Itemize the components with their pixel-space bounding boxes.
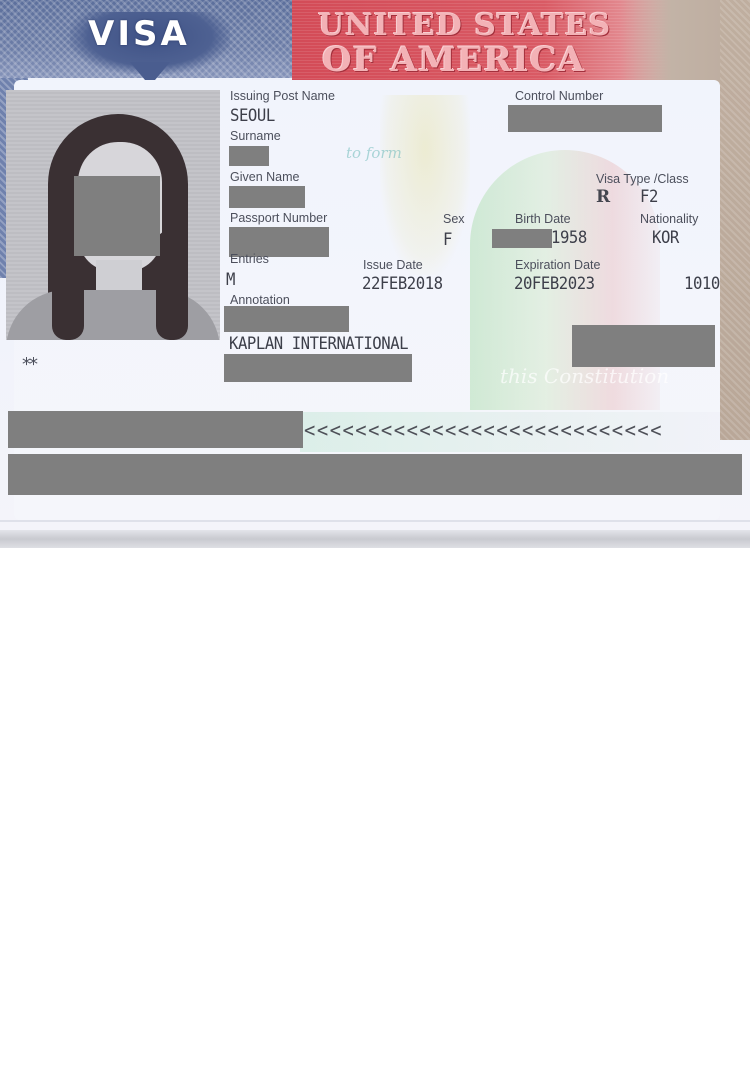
visa-class-value: F2 <box>640 187 658 207</box>
surname-redaction <box>229 146 269 166</box>
given-name-label: Given Name <box>230 170 299 184</box>
mrz-line1-filler: <<<<<<<<<<<<<<<<<<<<<<<<<<<< <box>304 418 663 442</box>
security-pattern-strip-right <box>720 0 750 440</box>
issuing-post-value: SEOUL <box>230 106 275 126</box>
sex-label: Sex <box>443 212 465 226</box>
face-redaction <box>74 176 160 256</box>
birth-date-label: Birth Date <box>515 212 571 226</box>
annotation-line3-redaction <box>224 354 412 382</box>
holder-photo <box>6 90 220 340</box>
control-number-redaction <box>508 105 662 132</box>
annotation-line2-value: KAPLAN INTERNATIONAL <box>229 334 408 354</box>
code-value: 1010 <box>684 274 720 294</box>
expiration-date-value: 20FEB2023 <box>514 274 595 294</box>
stars-mark: ** <box>22 354 36 375</box>
annotation-right-redaction <box>572 325 715 367</box>
country-name-line2: OF AMERICA <box>322 40 585 80</box>
entries-label: Entries <box>230 252 269 266</box>
mrz-line2-redaction <box>8 454 742 495</box>
birth-year-value: 1958 <box>551 228 587 248</box>
control-number-label: Control Number <box>515 89 603 103</box>
sex-value: F <box>443 230 452 250</box>
header-blue-band: VISA <box>0 0 292 78</box>
surname-label: Surname <box>230 129 281 143</box>
birth-date-redaction <box>492 229 552 248</box>
issue-date-value: 22FEB2018 <box>362 274 443 294</box>
visa-document: VISA UNITED STATES OF AMERICA to form th… <box>0 0 750 548</box>
passport-number-label: Passport Number <box>230 211 327 225</box>
mrz-line1-redaction <box>8 411 303 448</box>
watermark-text-to-form: to form <box>346 144 402 162</box>
annotation-line1-redaction <box>224 306 349 332</box>
card-bottom-edge <box>0 530 750 548</box>
country-name-line1: UNITED STATES <box>318 8 611 43</box>
statue-watermark <box>380 95 470 275</box>
visa-type-value: R <box>596 187 610 207</box>
given-name-redaction <box>229 186 305 208</box>
visa-title: VISA <box>88 14 190 54</box>
nationality-value: KOR <box>652 228 679 248</box>
watermark-text-constitution: this Constitution <box>500 364 669 388</box>
annotation-label: Annotation <box>230 293 290 307</box>
expiration-date-label: Expiration Date <box>515 258 600 272</box>
visa-type-class-label: Visa Type /Class <box>596 172 689 186</box>
issue-date-label: Issue Date <box>363 258 423 272</box>
nationality-label: Nationality <box>640 212 698 226</box>
entries-value: M <box>226 270 235 290</box>
issuing-post-label: Issuing Post Name <box>230 89 335 103</box>
